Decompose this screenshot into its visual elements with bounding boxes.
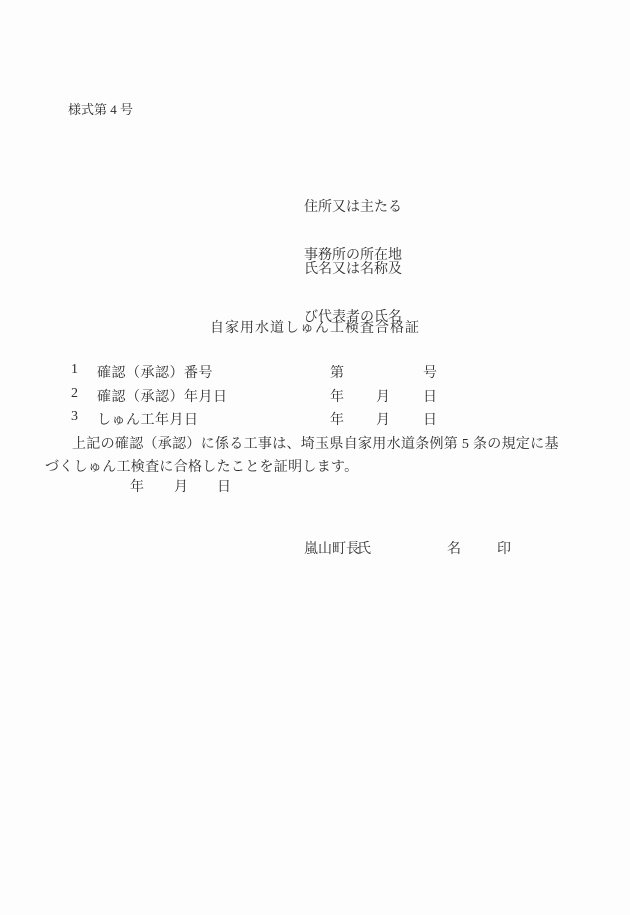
item-number: 3 xyxy=(71,409,78,425)
document-title: 自家用水道しゅん工検査合格証 xyxy=(0,317,630,337)
document-page: 様式第 4 号 住所又は主たる 事務所の所在地 氏名又は名称及 び代表者の氏名 … xyxy=(0,0,630,915)
name-label-line1: 氏名又は名称及 xyxy=(304,262,402,278)
name-label: 氏名又は名称及 び代表者の氏名 xyxy=(304,230,402,358)
item-row-confirmation-number: 1 確認（承認）番号 第 号 xyxy=(0,362,630,380)
signer-name-prefix: 氏 xyxy=(357,538,371,558)
signer-office: 嵐山町長 xyxy=(304,538,360,558)
form-number: 様式第 4 号 xyxy=(68,99,133,118)
field-marker-year: 年 xyxy=(330,409,344,429)
item-label: しゅん工年月日 xyxy=(97,409,199,429)
item-number: 1 xyxy=(71,362,78,378)
item-number: 2 xyxy=(71,386,78,402)
field-marker-day: 日 xyxy=(423,386,437,406)
seal-marker: 印 xyxy=(497,538,511,558)
signer-name-suffix: 名 xyxy=(447,538,461,558)
item-row-completion-date: 3 しゅん工年月日 年 月 日 xyxy=(0,409,630,427)
field-marker-go: 号 xyxy=(423,362,437,382)
item-row-confirmation-date: 2 確認（承認）年月日 年 月 日 xyxy=(0,386,630,404)
date-marker-year: 年 xyxy=(130,476,144,496)
field-marker-dai: 第 xyxy=(330,362,344,382)
issue-date-line: 年 月 日 xyxy=(0,476,630,494)
field-marker-month: 月 xyxy=(376,386,390,406)
field-marker-month: 月 xyxy=(376,409,390,429)
item-label: 確認（承認）年月日 xyxy=(97,386,228,406)
signature-line: 嵐山町長 氏 名 印 xyxy=(0,538,630,556)
certification-text-line1: 上記の確認（承認）に係る工事は、埼玉県自家用水道条例第 5 条の規定に基 xyxy=(72,433,559,453)
item-label: 確認（承認）番号 xyxy=(97,362,213,382)
certification-text-line2: づくしゅん工検査に合格したことを証明します。 xyxy=(45,456,358,476)
address-label-line1: 住所又は主たる xyxy=(304,200,402,216)
date-marker-month: 月 xyxy=(174,476,188,496)
field-marker-year: 年 xyxy=(330,386,344,406)
date-marker-day: 日 xyxy=(217,476,231,496)
field-marker-day: 日 xyxy=(423,409,437,429)
